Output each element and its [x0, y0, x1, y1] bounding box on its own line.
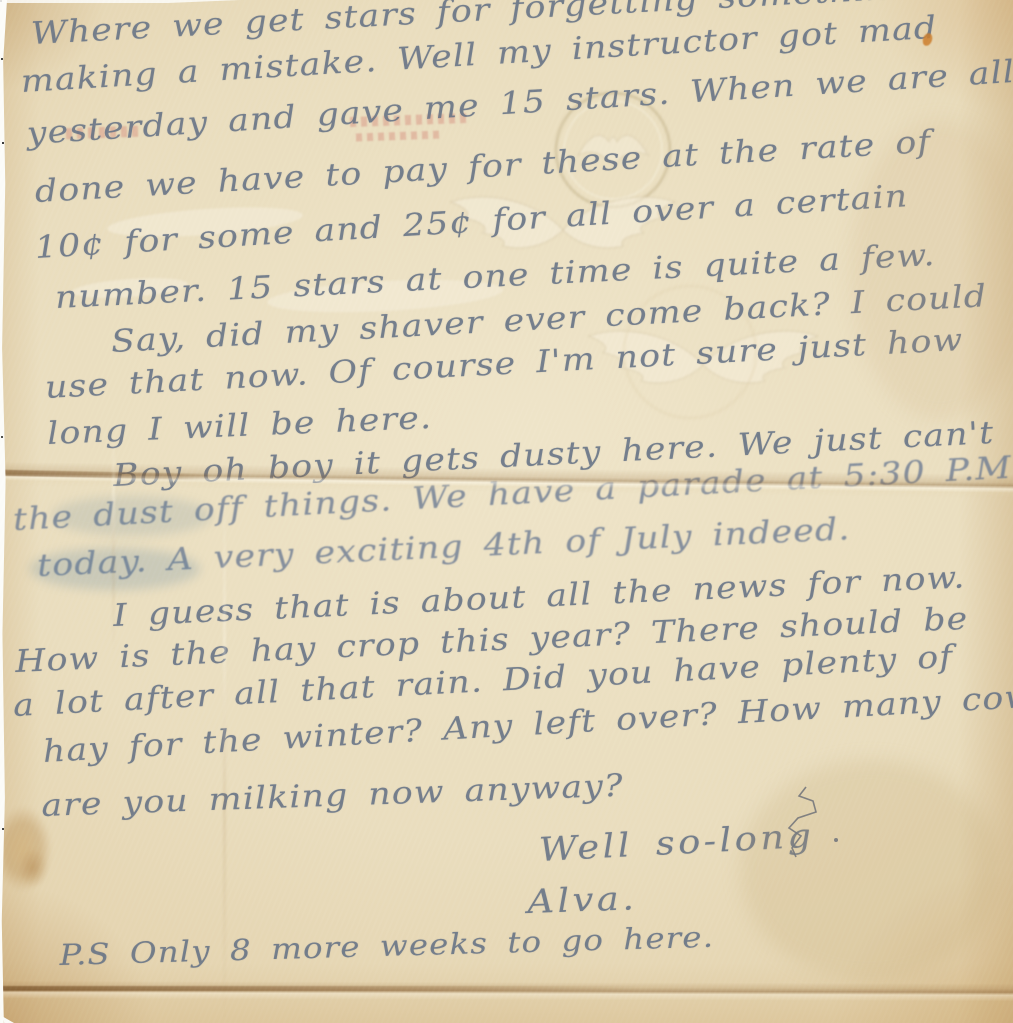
letter-postscript: P.S Only 8 more weeks to go here. — [59, 920, 714, 972]
fold-crease-lower — [0, 981, 1013, 1002]
ink-dot — [834, 838, 838, 842]
scan-edge-top — [0, 0, 240, 3]
vertical-wrinkle — [112, 430, 115, 650]
letter-scan: Where we get stars for forgetting someth… — [0, 0, 1013, 1023]
letter-line: are you milking now anyway? — [41, 768, 625, 824]
paper-shading — [740, 760, 1000, 980]
red-letterhead-ghost — [356, 131, 442, 142]
vertical-wrinkle — [223, 480, 226, 1020]
letter-signature: Alva. — [527, 878, 638, 921]
letter-closing: Well so-long — [538, 816, 815, 869]
fold-crease-lower-dark-segment — [0, 986, 640, 991]
bottom-left-stain — [18, 848, 48, 888]
